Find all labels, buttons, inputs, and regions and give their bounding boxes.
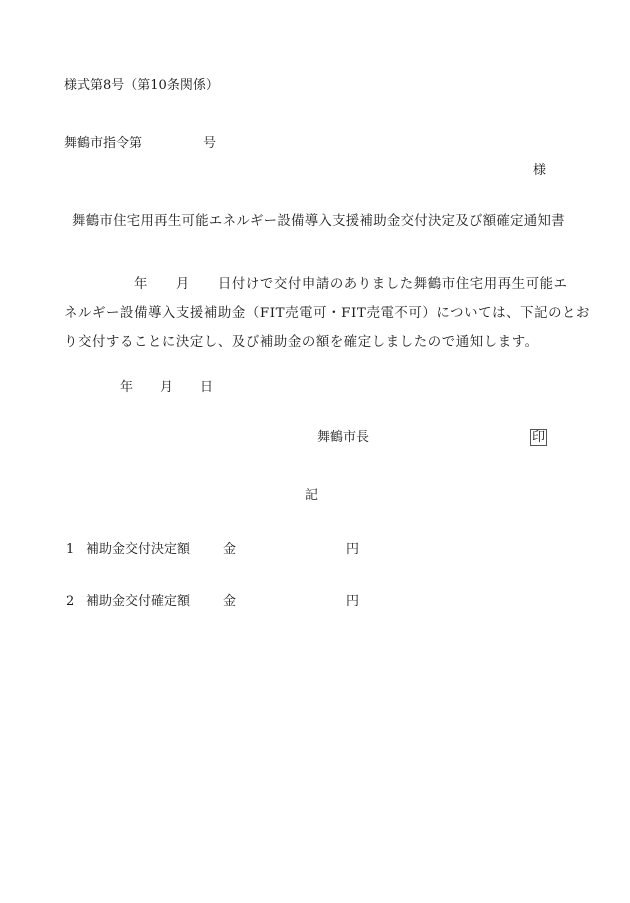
ki-heading: 記 <box>305 488 318 504</box>
document-title: 舞鶴市住宅用再生可能エネルギー設備導入支援補助金交付決定及び額確定通知書 <box>72 214 565 230</box>
addressee-suffix: 様 <box>533 163 546 179</box>
body-line: ネルギー設備導入支援補助金（FIT売電可・FIT売電不可）については、下記のとお <box>64 299 554 328</box>
item-number: 2 <box>66 594 74 610</box>
item-unit: 円 <box>346 542 359 558</box>
body-line: 年 月 日付けで交付申請のありました舞鶴市住宅用再生可能エ <box>64 270 554 299</box>
reference-prefix: 舞鶴市指令第 <box>64 136 142 152</box>
item-prefix: 金 <box>223 542 236 558</box>
body-paragraph: 年 月 日付けで交付申請のありました舞鶴市住宅用再生可能エ ネルギー設備導入支援… <box>64 270 554 357</box>
seal-mark: 印 <box>530 429 547 446</box>
item-prefix: 金 <box>223 594 236 610</box>
date-year: 年 <box>120 380 133 396</box>
body-line: り交付することに決定し、及び補助金の額を確定しましたので通知します。 <box>64 328 554 357</box>
issuer: 舞鶴市長 <box>317 430 369 446</box>
item-label: 補助金交付確定額 <box>86 594 190 610</box>
form-number: 様式第8号（第10条関係） <box>64 78 219 94</box>
date-month: 月 <box>160 380 173 396</box>
date-day: 日 <box>200 380 213 396</box>
item-label: 補助金交付決定額 <box>86 542 190 558</box>
reference-suffix: 号 <box>203 136 216 152</box>
item-number: 1 <box>66 542 74 558</box>
item-unit: 円 <box>346 594 359 610</box>
